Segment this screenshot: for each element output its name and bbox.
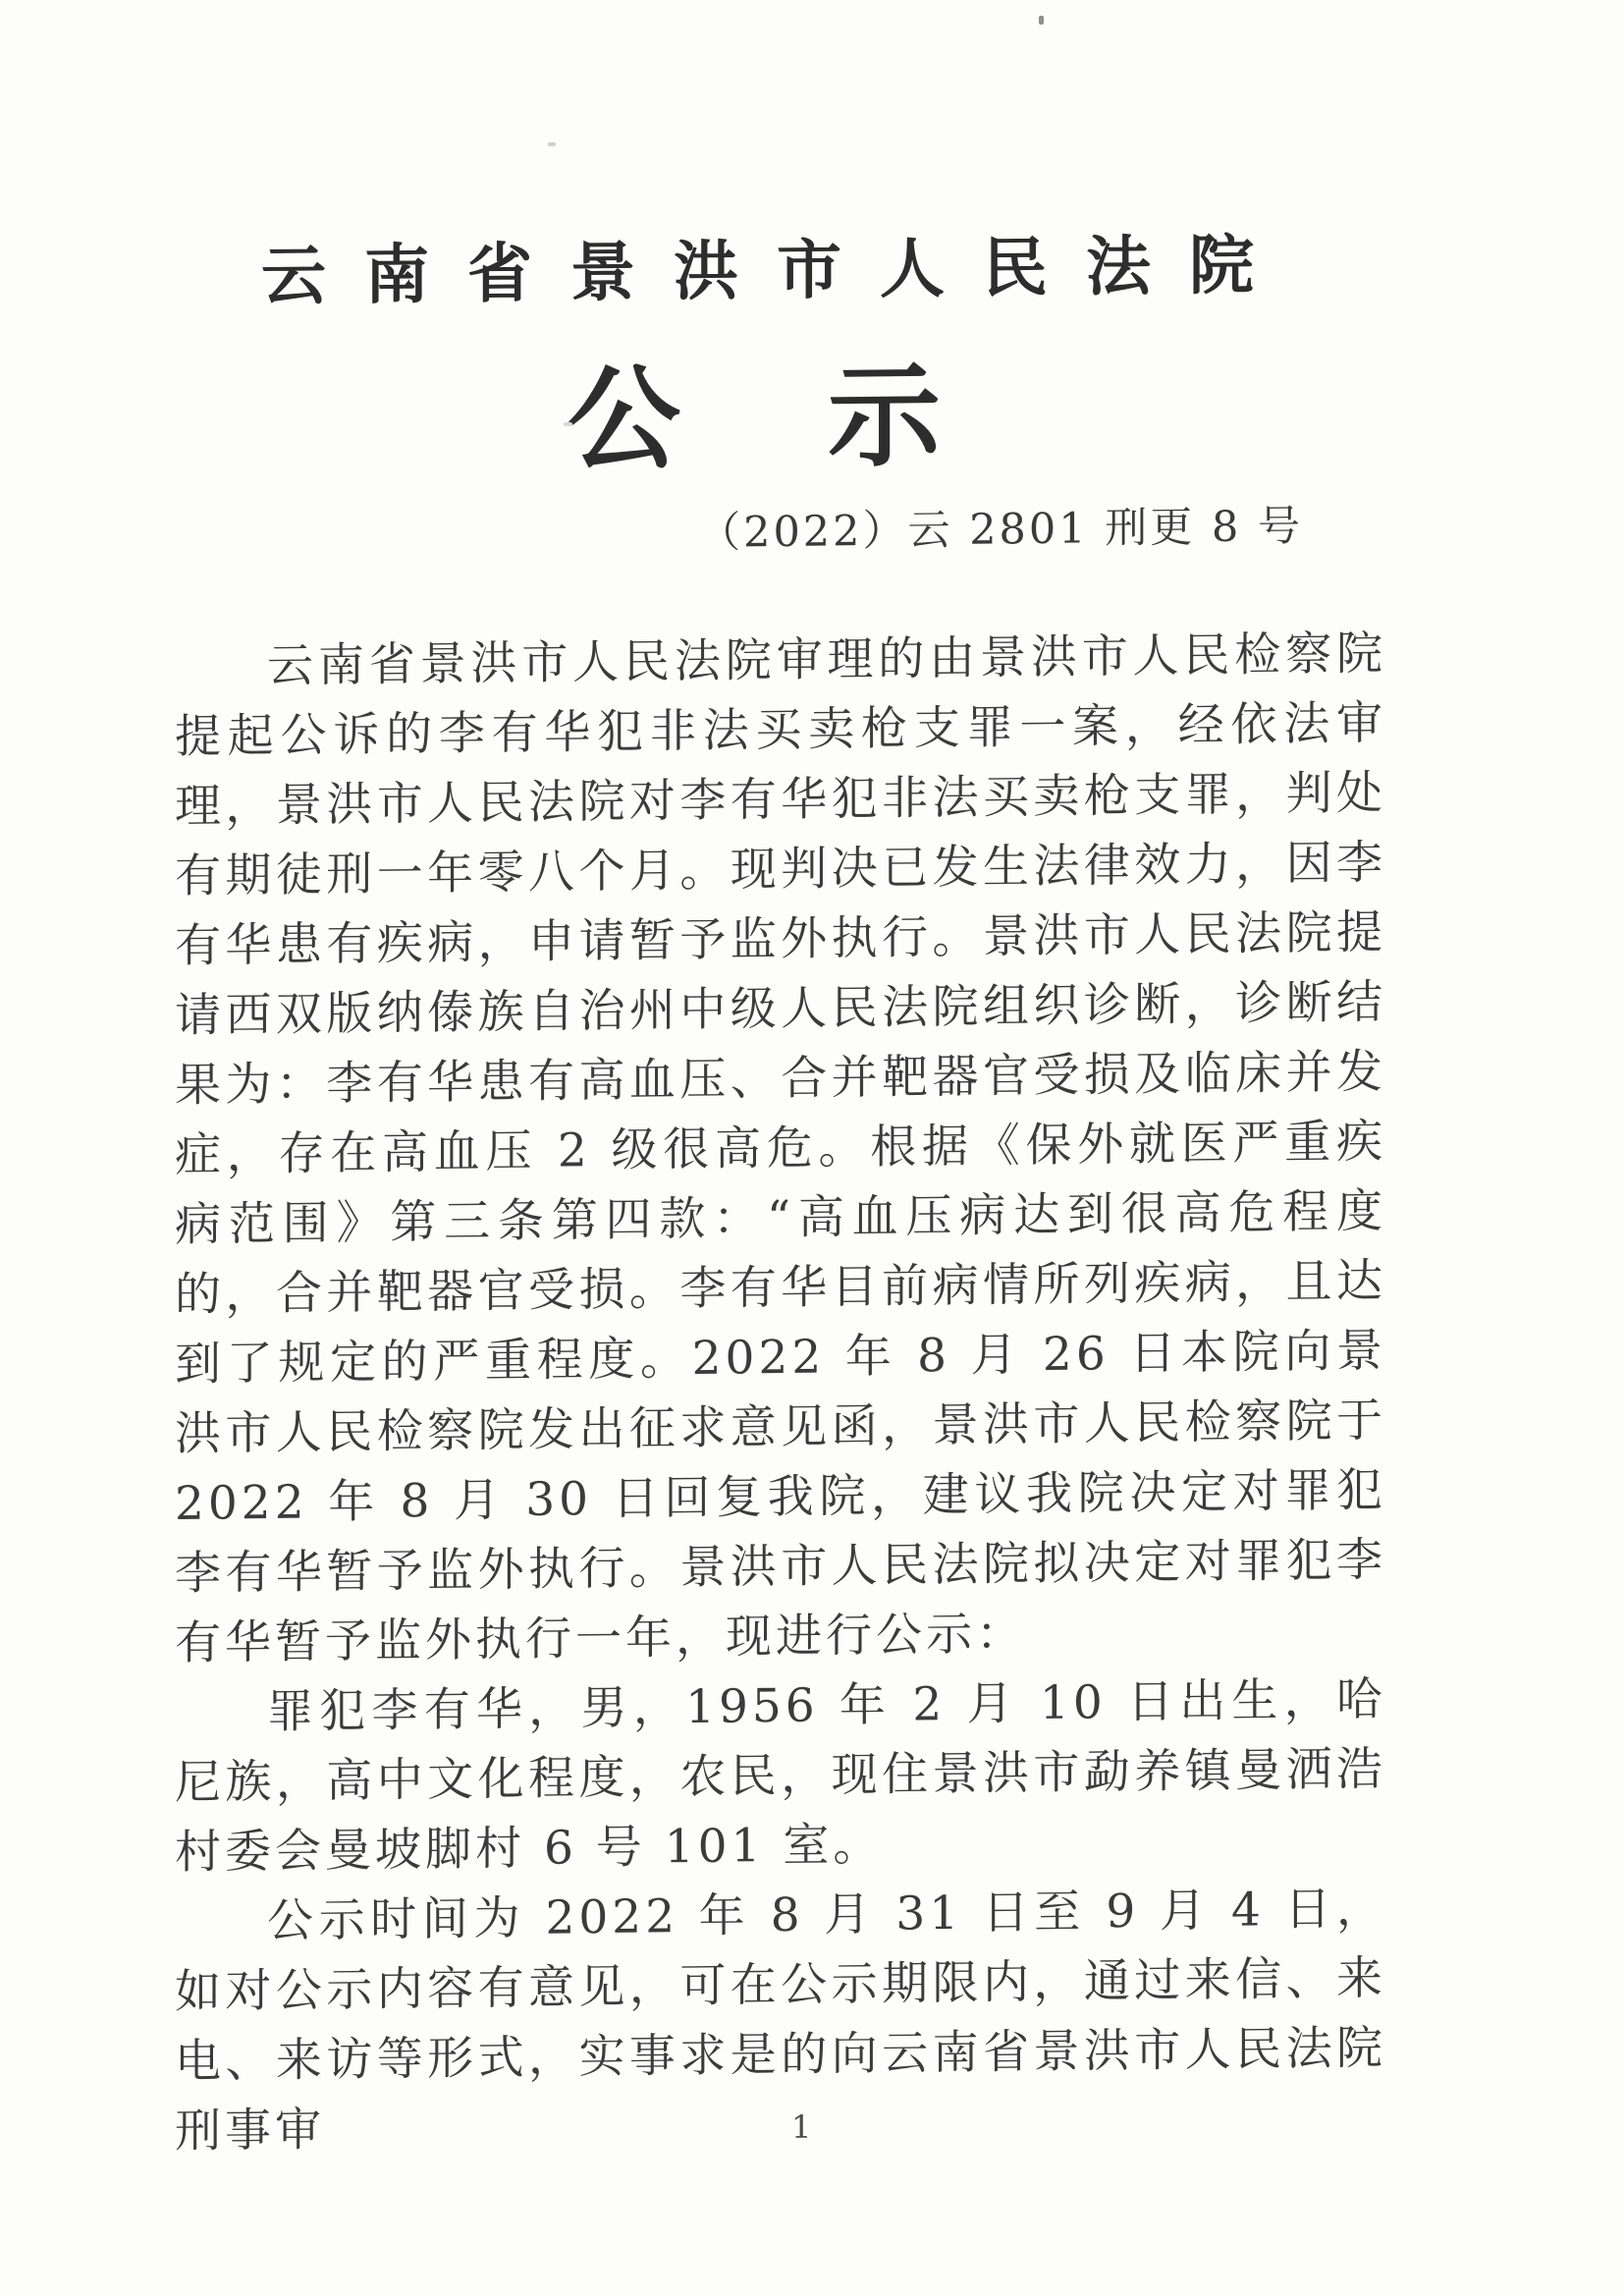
notice-title-char-left: 公 [568, 363, 680, 477]
scan-speck [564, 422, 572, 426]
body-paragraph: 公示时间为 2022 年 8 月 31 日至 9 月 4 日，如对公示内容有意见… [175, 1874, 1386, 2166]
scan-speck [1039, 16, 1044, 25]
court-name-heading: 云南省景洪市人民法院 [261, 233, 1292, 309]
notice-title-char-right: 示 [828, 360, 941, 474]
document-sheet: 云南省景洪市人民法院 公 示 （2022）云 2801 刑更 8 号 云南省景洪… [0, 0, 1624, 2296]
page-number: 1 [791, 2108, 811, 2146]
notice-body: 云南省景洪市人民法院审理的由景洪市人民检察院提起公诉的李有华犯非法买卖枪支罪一案… [175, 619, 1386, 2166]
body-paragraph: 云南省景洪市人民法院审理的由景洪市人民检察院提起公诉的李有华犯非法买卖枪支罪一案… [175, 619, 1386, 1678]
case-number: （2022）云 2801 刑更 8 号 [698, 504, 1303, 556]
body-paragraph: 罪犯李有华，男，1956 年 2 月 10 日出生，哈尼族，高中文化程度，农民，… [175, 1665, 1386, 1887]
notice-title: 公 示 [568, 360, 941, 477]
scan-speck [548, 142, 556, 146]
scanned-document-page: 云南省景洪市人民法院 公 示 （2022）云 2801 刑更 8 号 云南省景洪… [0, 0, 1624, 2296]
